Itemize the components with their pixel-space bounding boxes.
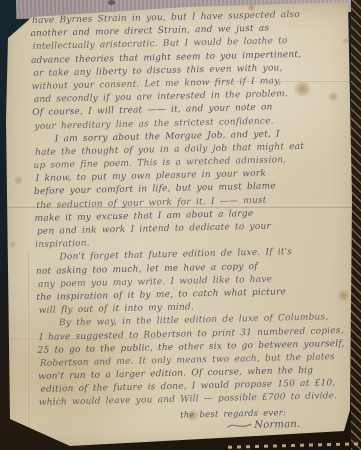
signature-row: Norman. [226, 417, 347, 433]
binding-stitches-right [351, 0, 361, 450]
photo-background: have Byrnes Strain in you, but I have su… [0, 0, 361, 450]
foxing-stain [14, 176, 23, 185]
fabric-stain-spot [108, 0, 115, 5]
letter-footer: the best regards ever: Norman. [30, 406, 347, 437]
fold-crease [27, 252, 29, 430]
signature-flourish [226, 421, 252, 431]
signature: Norman. [254, 418, 300, 432]
binding-stitches-bottom [228, 442, 361, 448]
letter-paper: have Byrnes Strain in you, but I have su… [0, 0, 361, 450]
foxing-stain [9, 241, 16, 248]
letter-body: have Byrnes Strain in you, but I have su… [30, 8, 356, 411]
